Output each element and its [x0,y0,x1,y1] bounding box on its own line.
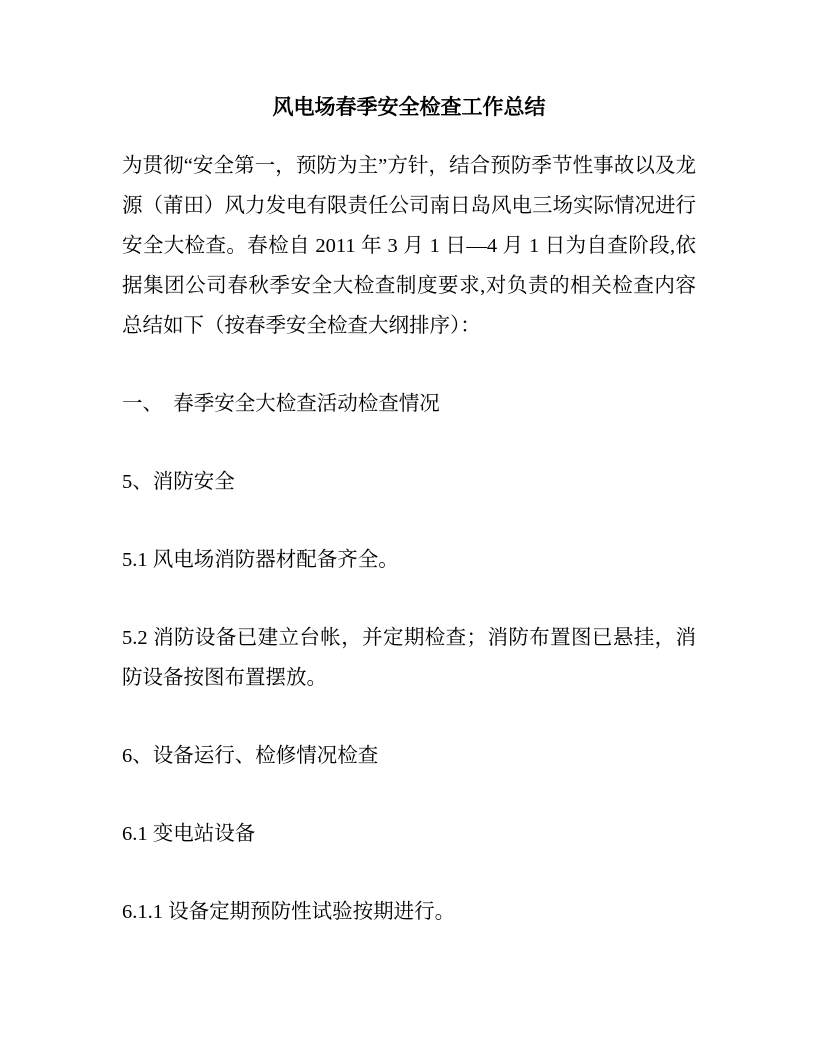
item-5-1-fire-equipment: 5.1 风电场消防器材配备齐全。 [122,540,696,580]
document-page: 风电场春季安全检查工作总结 为贯彻“安全第一，预防为主”方针，结合预防季节性事故… [0,0,816,1056]
item-6-1-1-periodic-tests: 6.1.1 设备定期预防性试验按期进行。 [122,892,696,932]
heading-equipment-operation: 6、设备运行、检修情况检查 [122,736,696,776]
item-6-1-substation-equipment: 6.1 变电站设备 [122,814,696,854]
section-heading-spring-inspection: 一、 春季安全大检查活动检查情况 [122,384,696,424]
intro-paragraph: 为贯彻“安全第一，预防为主”方针，结合预防季节性事故以及龙源（莆田）风力发电有限… [122,146,696,346]
heading-fire-safety: 5、消防安全 [122,462,696,502]
document-title: 风电场春季安全检查工作总结 [122,87,696,127]
item-5-2-fire-ledger: 5.2 消防设备已建立台帐，并定期检查；消防布置图已悬挂，消防设备按图布置摆放。 [122,618,696,698]
